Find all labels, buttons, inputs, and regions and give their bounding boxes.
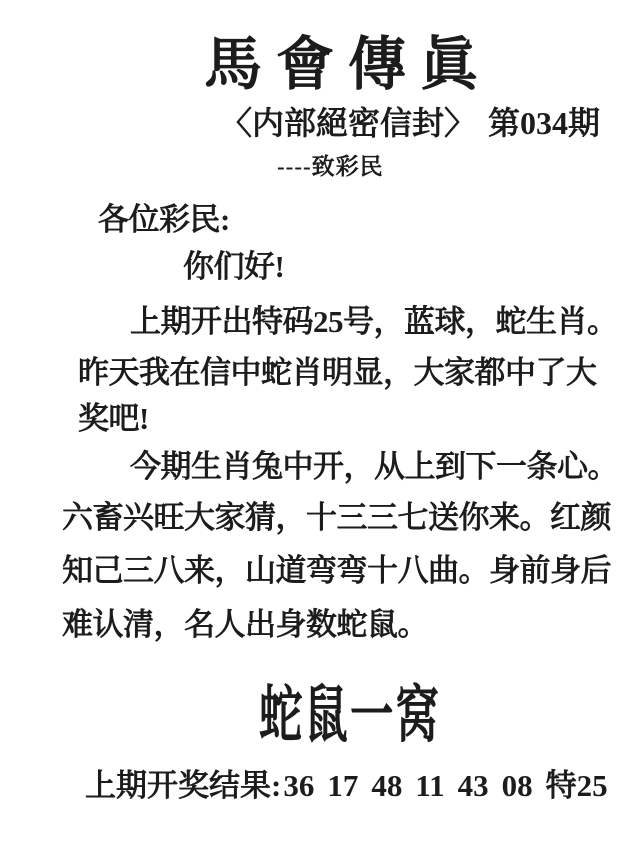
- result-number: 48: [371, 768, 402, 803]
- verdict-banner: 蛇鼠一窝: [0, 682, 640, 750]
- letter-line: 六畜兴旺大家猜，十三三七送你来。红颜: [62, 499, 611, 538]
- letter-line: 知己三八来，山道弯弯十八曲。身前身后: [62, 552, 611, 591]
- letter-line: 今期生肖兔中开，从上到下一条心。: [130, 448, 618, 487]
- issue-number: 第034期: [488, 105, 600, 141]
- result-number: 11: [415, 768, 444, 803]
- result-number: 43: [458, 768, 489, 803]
- dedication-line: ----致彩民: [277, 148, 384, 181]
- letter-line-salutation: 各位彩民:: [98, 201, 230, 240]
- envelope-label: 〈内部絕密信封〉: [220, 105, 476, 141]
- results-row: 上期开奖结果:361748114308特25: [85, 766, 608, 806]
- result-numbers: 361748114308: [281, 768, 532, 803]
- letter-line: 奖吧!: [78, 400, 149, 439]
- special-number: 特25: [546, 768, 608, 803]
- result-number: 08: [502, 768, 533, 803]
- result-number: 36: [283, 768, 314, 803]
- letter-line-greeting: 你们好!: [183, 248, 284, 287]
- letter-line: 难认清，名人出身数蛇鼠。: [62, 606, 428, 645]
- result-number: 17: [327, 768, 358, 803]
- masthead-title: 馬會傳眞: [204, 32, 492, 99]
- verdict-text: 蛇鼠一窝: [259, 682, 441, 750]
- letter-line: 上期开出特码25号，蓝球，蛇生肖。: [130, 303, 618, 342]
- issue-line: 〈内部絕密信封〉第034期: [220, 104, 600, 142]
- results-label: 上期开奖结果:: [85, 768, 281, 803]
- fax-sheet: 馬會傳眞 〈内部絕密信封〉第034期 ----致彩民 各位彩民: 你们好! 上期…: [0, 0, 640, 849]
- letter-line: 昨天我在信中蛇肖明显，大家都中了大: [78, 354, 597, 393]
